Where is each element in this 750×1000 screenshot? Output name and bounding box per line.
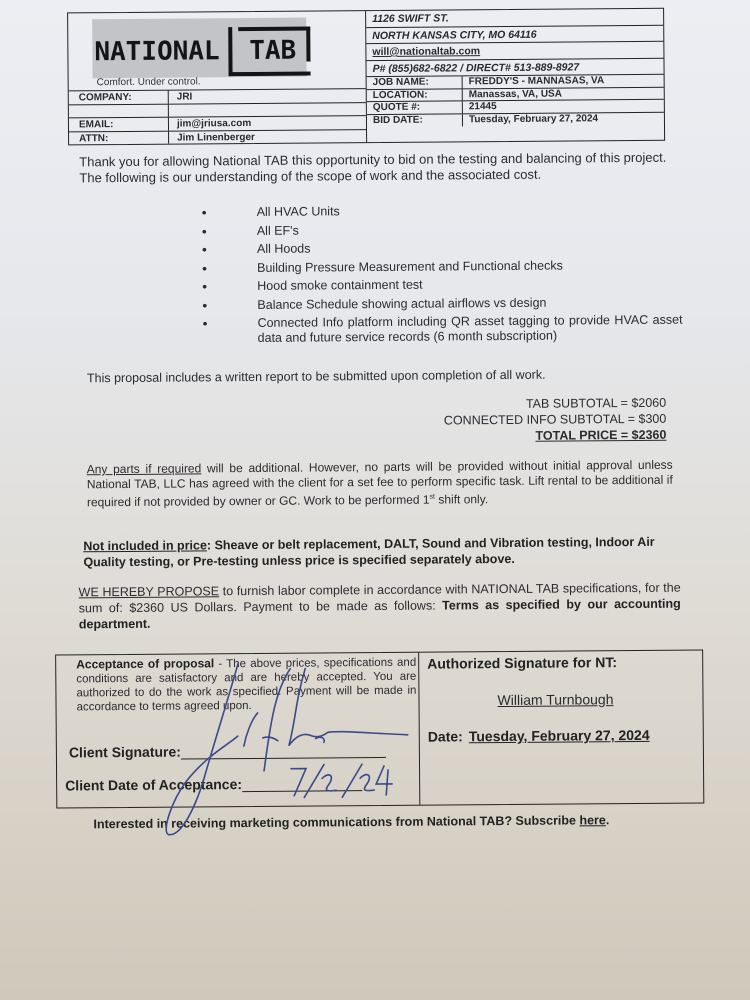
authorized-signature-label: Authorized Signature for NT: [427, 654, 617, 671]
bullet-icon: • [202, 316, 257, 346]
subscribe-line: Interested in receiving marketing commun… [93, 813, 609, 831]
bullet-icon: • [202, 260, 257, 275]
attn-row: ATTN: Jim Linenberger [69, 129, 366, 145]
scope-list: •All HVAC Units •All EF's •All Hoods •Bu… [202, 202, 683, 350]
logo-bracket-icon [228, 27, 232, 76]
bullet-icon: • [202, 242, 257, 257]
client-signature-field[interactable]: Client Signature: [69, 742, 386, 760]
scope-item: •Hood smoke containment test [202, 276, 682, 295]
bid-date-row: BID DATE: Tuesday, February 27, 2024 [367, 112, 664, 127]
parts-paragraph: Any parts if required will be additional… [87, 458, 673, 511]
tab-subtotal: TAB SUBTOTAL = $2060 [444, 395, 667, 413]
total-price: TOTAL PRICE = $2360 [444, 427, 667, 445]
scope-item: •All HVAC Units [202, 202, 682, 221]
tagline: Comfort. Under control. [97, 76, 201, 88]
nt-authorization: Authorized Signature for NT: William Tur… [419, 650, 703, 804]
bullet-icon: • [202, 279, 257, 294]
bullet-icon: • [202, 223, 257, 238]
header-left: NATIONAL TAB Comfort. Under control. COM… [68, 11, 367, 144]
scope-item: •Connected Info platform including QR as… [202, 313, 682, 347]
header-right: 1126 SWIFT ST. NORTH KANSAS CITY, MO 641… [366, 9, 664, 142]
authorized-date: Date:Tuesday, February 27, 2024 [428, 726, 698, 745]
subscribe-link[interactable]: here [579, 813, 606, 827]
not-included-paragraph: Not included in price: Sheave or belt re… [83, 534, 675, 571]
propose-paragraph: WE HEREBY PROPOSE to furnish labor compl… [79, 580, 681, 633]
header-table: NATIONAL TAB Comfort. Under control. COM… [67, 8, 665, 146]
scope-item: •Building Pressure Measurement and Funct… [202, 257, 682, 276]
authorized-name: William Turnbough [497, 691, 613, 708]
totals-block: TAB SUBTOTAL = $2060 CONNECTED INFO SUBT… [444, 395, 667, 445]
client-email: jim@jriusa.com [169, 117, 251, 130]
logo-wordmark: NATIONAL TAB [94, 36, 296, 68]
acceptance-text: Acceptance of proposal - The above price… [76, 655, 416, 715]
proposal-page: NATIONAL TAB Comfort. Under control. COM… [0, 0, 750, 1000]
connected-subtotal: CONNECTED INFO SUBTOTAL = $300 [444, 411, 667, 429]
bullet-icon: • [202, 205, 257, 220]
report-note: This proposal includes a written report … [87, 368, 546, 386]
scope-item: •All EF's [202, 220, 682, 239]
scope-item: •All Hoods [202, 239, 682, 258]
client-date-field[interactable]: Client Date of Acceptance: [65, 775, 362, 793]
acceptance-box: Acceptance of proposal - The above price… [55, 649, 704, 808]
intro-paragraph: Thank you for allowing National TAB this… [79, 150, 671, 187]
company-value: JRI [169, 91, 193, 104]
attn-value: Jim Linenberger [169, 130, 255, 143]
scope-item: •Balance Schedule showing actual airflow… [202, 294, 682, 313]
client-acceptance: Acceptance of proposal - The above price… [56, 653, 420, 808]
bullet-icon: • [202, 297, 257, 312]
logo: NATIONAL TAB Comfort. Under control. [68, 11, 366, 91]
